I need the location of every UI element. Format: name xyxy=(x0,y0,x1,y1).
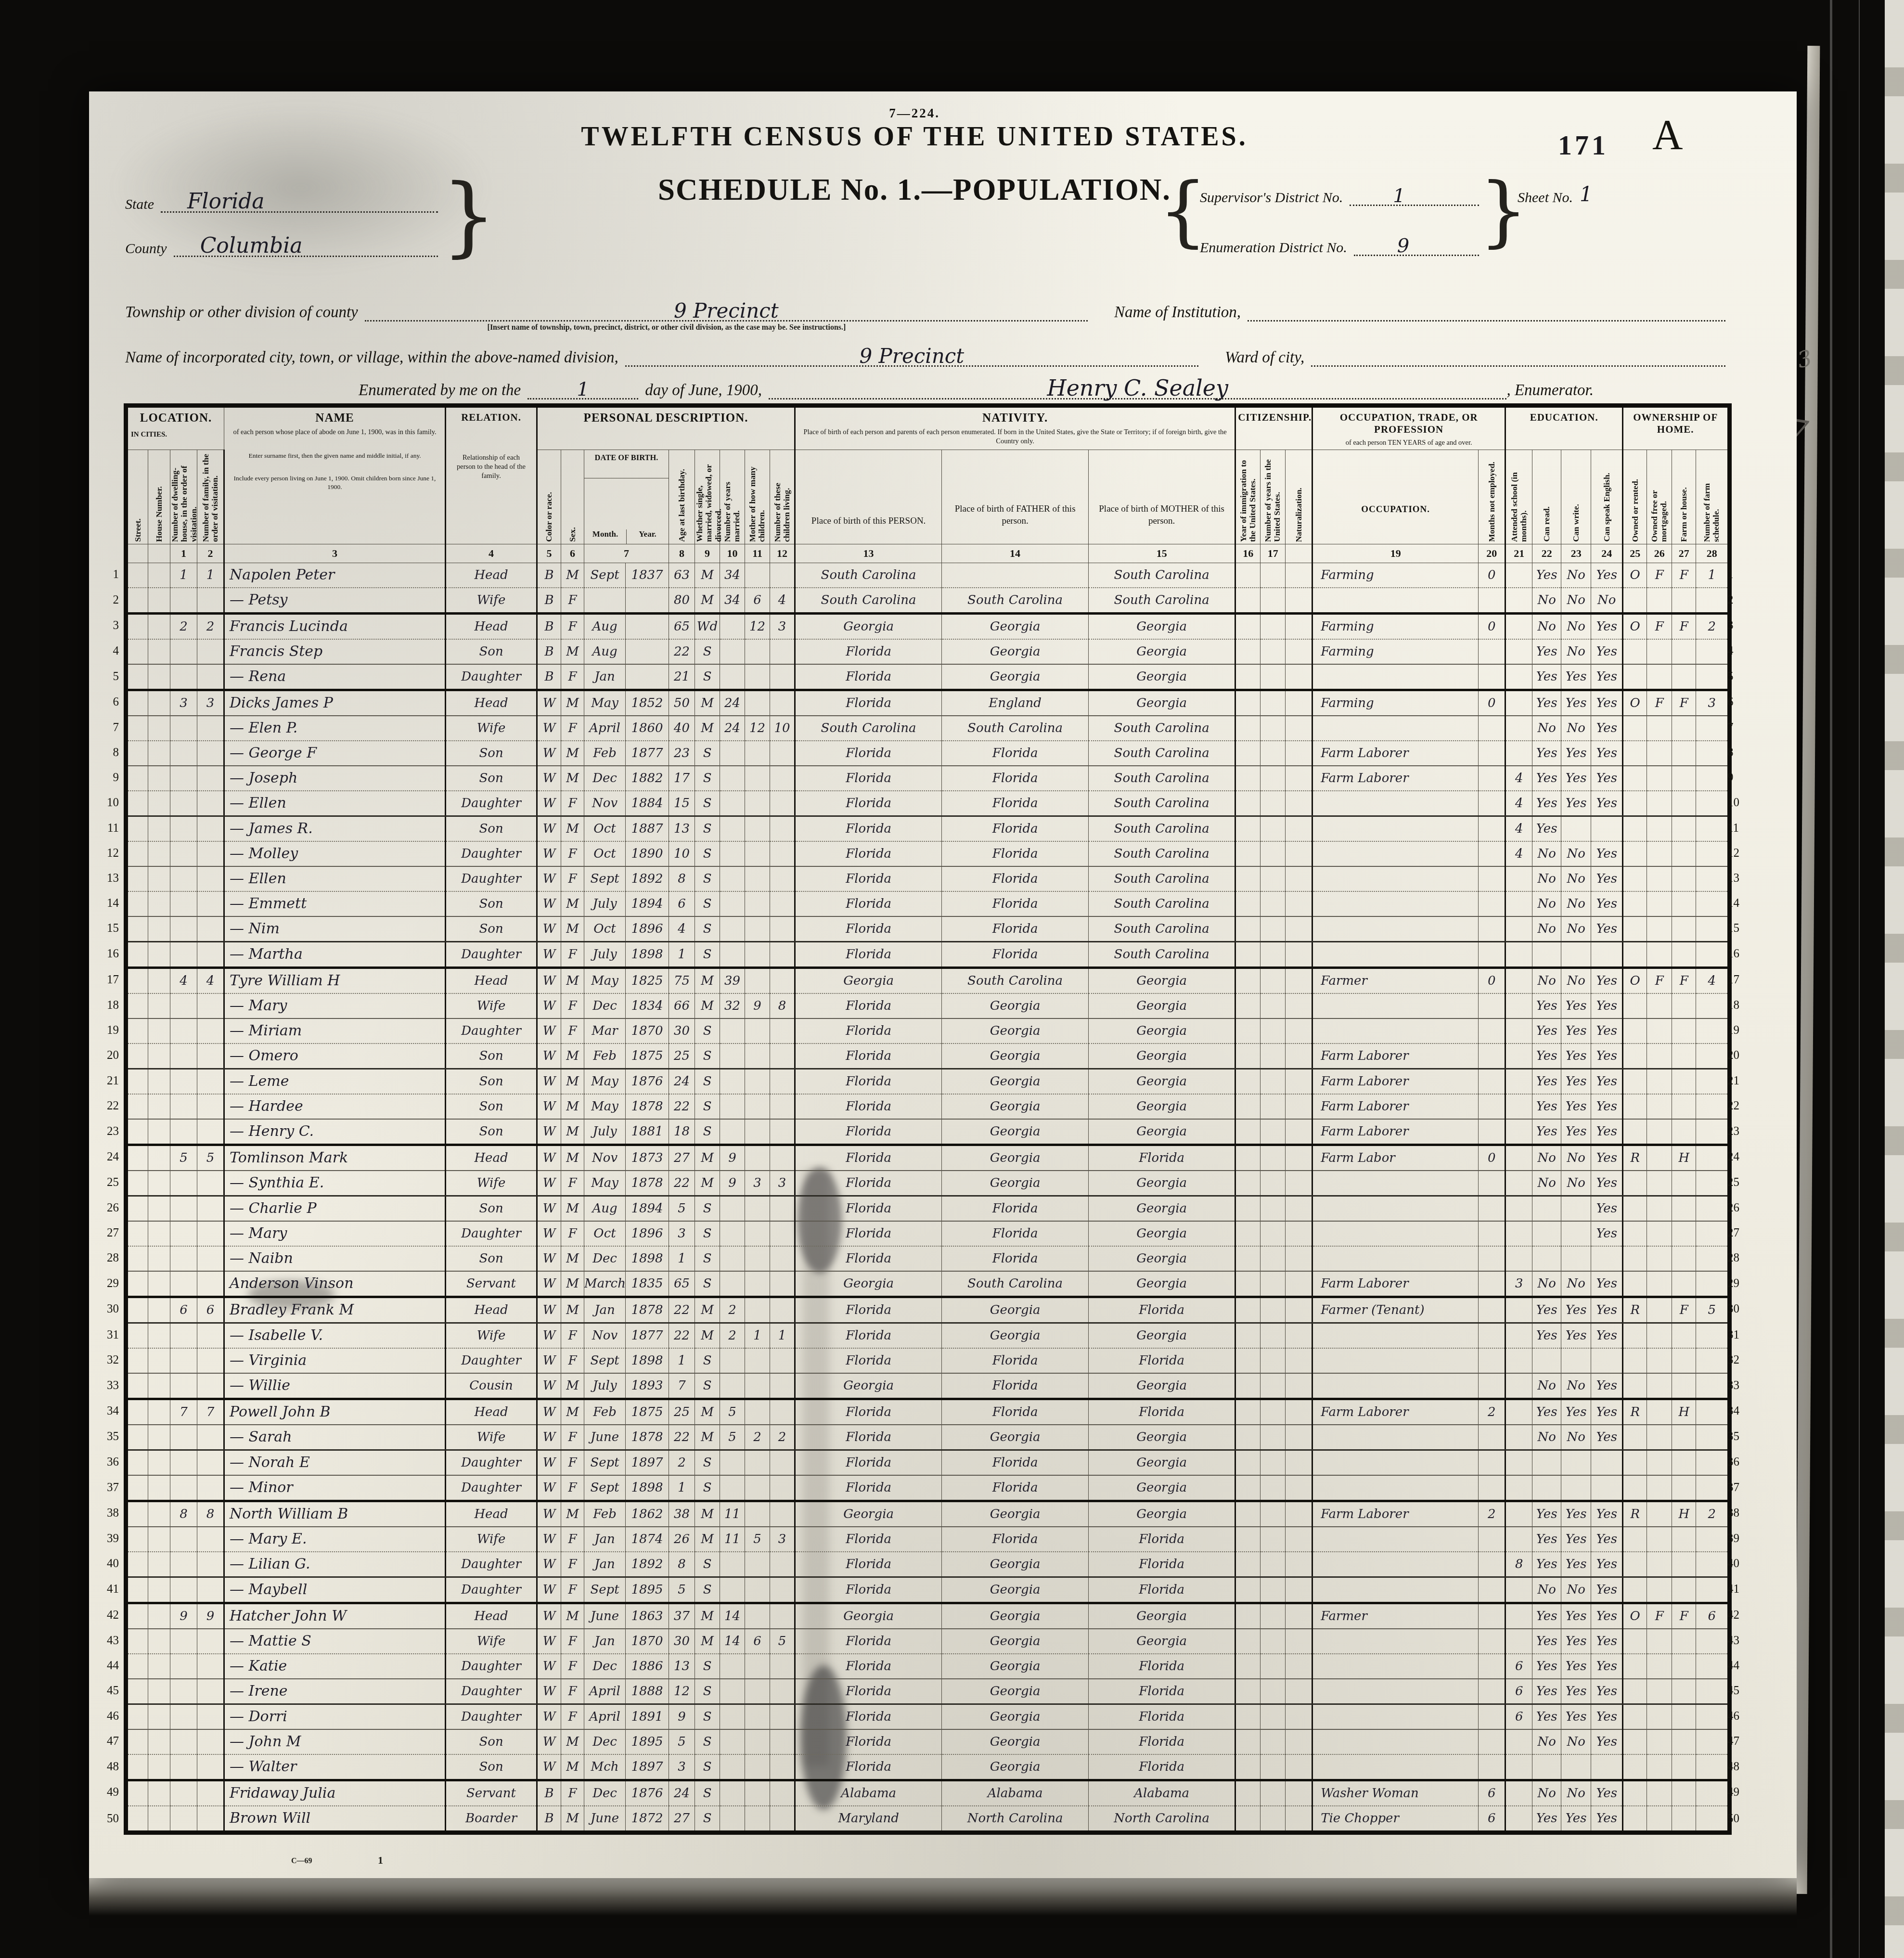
cell-owned_or_rented xyxy=(1623,993,1647,1018)
cell-years_in_us xyxy=(1261,916,1286,942)
cell-can_speak_english: Yes xyxy=(1591,1603,1623,1629)
cell-mother_birthplace: South Carolina xyxy=(1089,841,1235,866)
cell-mother_birthplace: South Carolina xyxy=(1089,891,1235,916)
cell-birth_year: 1874 xyxy=(626,1527,669,1552)
cell-dwelling xyxy=(170,816,197,841)
cell-dwelling: 2 xyxy=(170,613,197,639)
cell-can_read: Yes xyxy=(1532,1679,1561,1704)
cell-naturalization xyxy=(1286,841,1312,866)
cell-mother_birthplace: Georgia xyxy=(1089,1171,1235,1196)
cell-children_living xyxy=(770,791,795,816)
cell-marital_status: M xyxy=(695,1629,720,1654)
cell-birth_year: 1860 xyxy=(626,716,669,741)
cell-street xyxy=(126,1145,148,1171)
cell-naturalization xyxy=(1286,1018,1312,1043)
cell-owned_free_or_mortgaged xyxy=(1647,1425,1672,1450)
cell-occupation xyxy=(1312,1475,1479,1501)
cell-years_married xyxy=(720,1577,745,1603)
column-number: 21 xyxy=(1505,544,1532,563)
cell-dwelling xyxy=(170,1094,197,1119)
cell-occupation: Farm Laborer xyxy=(1312,1043,1479,1069)
line-number: 40 xyxy=(1724,1557,1761,1571)
cell-birthplace: Georgia xyxy=(795,613,942,639)
cell-age: 15 xyxy=(669,791,695,816)
cell-mother_of_children xyxy=(745,1754,770,1780)
cell-mother_of_children xyxy=(745,1654,770,1679)
cell-months_not_employed xyxy=(1479,1043,1505,1069)
cell-dwelling xyxy=(170,1246,197,1271)
cell-name: — Maybell xyxy=(224,1577,446,1603)
cell-birth_year: 1877 xyxy=(626,741,669,766)
cell-months_not_employed xyxy=(1479,1171,1505,1196)
cell-mother_of_children xyxy=(745,1729,770,1754)
line-number: 10 xyxy=(94,796,119,810)
cell-house xyxy=(148,639,170,664)
cell-age: 27 xyxy=(669,1145,695,1171)
line-number: 31 xyxy=(1724,1328,1761,1342)
cell-family xyxy=(197,941,224,967)
cell-children_living xyxy=(770,967,795,993)
cell-months_not_employed xyxy=(1479,741,1505,766)
line-number: 22 xyxy=(94,1099,119,1113)
cell-immigration_year xyxy=(1235,1271,1261,1297)
cell-can_write: Yes xyxy=(1561,1018,1591,1043)
cell-attended_school xyxy=(1505,1119,1532,1145)
cell-dwelling xyxy=(170,1780,197,1806)
line-number: 33 xyxy=(94,1379,119,1392)
cell-months_not_employed: 6 xyxy=(1479,1806,1505,1833)
cell-birthplace: Florida xyxy=(795,841,942,866)
cell-street xyxy=(126,1475,148,1501)
cell-name: Tomlinson Mark xyxy=(224,1145,446,1171)
cell-owned_or_rented xyxy=(1623,841,1647,866)
table-row: — MarthaDaughterWFJuly18981SFloridaFlori… xyxy=(126,941,1730,967)
cell-birthplace: Florida xyxy=(795,1323,942,1348)
header-pob-father: Place of birth of FATHER of this person. xyxy=(942,450,1089,544)
cell-father_birthplace: Florida xyxy=(942,916,1089,942)
cell-color: B xyxy=(537,613,561,639)
cell-years_married xyxy=(720,941,745,967)
cell-naturalization xyxy=(1286,1754,1312,1780)
cell-marital_status: S xyxy=(695,1348,720,1373)
cell-owned_or_rented xyxy=(1623,1425,1647,1450)
city-label: Name of incorporated city, town, or vill… xyxy=(125,349,625,367)
cell-father_birthplace: Florida xyxy=(942,941,1089,967)
line-number: 5 xyxy=(1724,670,1761,683)
column-number: 5 xyxy=(537,544,561,563)
cell-farm_or_house xyxy=(1672,1729,1696,1754)
cell-farm_or_house xyxy=(1672,841,1696,866)
cell-marital_status: M xyxy=(695,1501,720,1527)
cell-dwelling xyxy=(170,1348,197,1373)
sheet-number-label: Sheet No. xyxy=(1518,190,1580,206)
cell-years_in_us xyxy=(1261,1754,1286,1780)
table-row: — IreneDaughterWFApril188812SFloridaGeor… xyxy=(126,1679,1730,1704)
cell-family xyxy=(197,766,224,791)
cell-years_in_us xyxy=(1261,1171,1286,1196)
census-table-body: 11Napolen PeterHeadBMSept183763M34South … xyxy=(126,563,1730,1832)
cell-mother_birthplace: Florida xyxy=(1089,1552,1235,1577)
cell-months_not_employed xyxy=(1479,916,1505,942)
cell-age: 21 xyxy=(669,664,695,690)
cell-birth_year: 1884 xyxy=(626,791,669,816)
cell-can_write xyxy=(1561,1475,1591,1501)
cell-immigration_year xyxy=(1235,1119,1261,1145)
cell-mother_of_children xyxy=(745,816,770,841)
cell-marital_status: S xyxy=(695,664,720,690)
cell-father_birthplace: Georgia xyxy=(942,1069,1089,1094)
cell-street xyxy=(126,1501,148,1527)
cell-sex: M xyxy=(561,816,584,841)
cell-house xyxy=(148,563,170,588)
cell-birthplace: Florida xyxy=(795,1246,942,1271)
enumeration-district-label: Enumeration District No. xyxy=(1200,240,1354,256)
cell-birth_month: Dec xyxy=(584,1654,626,1679)
cell-attended_school xyxy=(1505,1754,1532,1780)
cell-can_write: Yes xyxy=(1561,1552,1591,1577)
cell-sex: M xyxy=(561,1094,584,1119)
cell-name: — Nim xyxy=(224,916,446,942)
cell-sex: M xyxy=(561,1603,584,1629)
column-number: 6 xyxy=(561,544,584,563)
cell-name: — Walter xyxy=(224,1754,446,1780)
cell-name: — Lilian G. xyxy=(224,1552,446,1577)
cell-color: W xyxy=(537,866,561,891)
cell-mother_birthplace: South Carolina xyxy=(1089,866,1235,891)
cell-years_married xyxy=(720,741,745,766)
cell-relation: Wife xyxy=(446,1527,537,1552)
cell-years_in_us xyxy=(1261,741,1286,766)
cell-name: Anderson Vinson xyxy=(224,1271,446,1297)
header-dwelling-number: Number of dwelling-house, in the order o… xyxy=(170,450,197,544)
cell-farm_or_house: F xyxy=(1672,563,1696,588)
cell-naturalization xyxy=(1286,1552,1312,1577)
cell-years_married xyxy=(720,1043,745,1069)
cell-attended_school xyxy=(1505,1171,1532,1196)
cell-age: 12 xyxy=(669,1679,695,1704)
cell-house xyxy=(148,993,170,1018)
cell-can_speak_english: Yes xyxy=(1591,967,1623,993)
cell-owned_or_rented xyxy=(1623,866,1647,891)
cell-dwelling xyxy=(170,1373,197,1399)
cell-farm_or_house xyxy=(1672,816,1696,841)
cell-years_married xyxy=(720,1348,745,1373)
cell-farm_or_house: F xyxy=(1672,690,1696,716)
township-instruction-note: [Insert name of township, town, precinct… xyxy=(426,323,907,332)
cell-father_birthplace: Georgia xyxy=(942,1094,1089,1119)
cell-months_not_employed xyxy=(1479,1629,1505,1654)
cell-can_read: No xyxy=(1532,1145,1561,1171)
cell-name: — Henry C. xyxy=(224,1119,446,1145)
table-row: — Lilian G.DaughterWFJan18928SFloridaGeo… xyxy=(126,1552,1730,1577)
line-number: 38 xyxy=(1724,1507,1761,1520)
cell-can_write: No xyxy=(1561,639,1591,664)
cell-mother_birthplace: Florida xyxy=(1089,1654,1235,1679)
cell-naturalization xyxy=(1286,613,1312,639)
line-number: 25 xyxy=(94,1176,119,1189)
cell-birth_month: July xyxy=(584,1119,626,1145)
line-number: 33 xyxy=(1724,1379,1761,1392)
adjacent-page-sliver xyxy=(1885,0,1904,1958)
cell-marital_status: S xyxy=(695,1094,720,1119)
cell-marital_status: M xyxy=(695,1399,720,1425)
line-number: 39 xyxy=(94,1532,119,1546)
cell-children_living xyxy=(770,741,795,766)
cell-naturalization xyxy=(1286,664,1312,690)
cell-occupation: Farming xyxy=(1312,639,1479,664)
cell-dwelling: 4 xyxy=(170,967,197,993)
cell-dwelling xyxy=(170,791,197,816)
cell-can_write: No xyxy=(1561,1425,1591,1450)
table-row: — WillieCousinWMJuly18937SGeorgiaFlorida… xyxy=(126,1373,1730,1399)
cell-can_speak_english: Yes xyxy=(1591,1043,1623,1069)
cell-birth_year: 1887 xyxy=(626,816,669,841)
cell-owned_or_rented xyxy=(1623,1679,1647,1704)
cell-farm_or_house xyxy=(1672,1577,1696,1603)
cell-children_living xyxy=(770,1754,795,1780)
cell-naturalization xyxy=(1286,1373,1312,1399)
cell-mother_birthplace: Georgia xyxy=(1089,1603,1235,1629)
cell-relation: Daughter xyxy=(446,1348,537,1373)
cell-can_write: Yes xyxy=(1561,1679,1591,1704)
cell-can_speak_english: Yes xyxy=(1591,690,1623,716)
cell-can_write: Yes xyxy=(1561,664,1591,690)
cell-relation: Son xyxy=(446,891,537,916)
cell-age: 1 xyxy=(669,1348,695,1373)
header-house-number: House Number. xyxy=(148,450,170,544)
cell-children_living xyxy=(770,1094,795,1119)
header-ownership-group: OWNERSHIP OF HOME. xyxy=(1623,406,1730,450)
header-can-read: Can read. xyxy=(1532,450,1561,544)
cell-can_write: No xyxy=(1561,1171,1591,1196)
cell-birthplace: Florida xyxy=(795,1043,942,1069)
cell-name: — Synthia E. xyxy=(224,1171,446,1196)
cell-attended_school xyxy=(1505,1577,1532,1603)
cell-relation: Son xyxy=(446,1043,537,1069)
cell-can_write: Yes xyxy=(1561,1119,1591,1145)
cell-marital_status: S xyxy=(695,1654,720,1679)
cell-dwelling xyxy=(170,1754,197,1780)
line-number: 28 xyxy=(94,1251,119,1265)
cell-color: B xyxy=(537,1806,561,1833)
cell-color: W xyxy=(537,766,561,791)
header-birth-month: Month. xyxy=(584,529,626,544)
cell-father_birthplace: Georgia xyxy=(942,1018,1089,1043)
cell-can_speak_english: Yes xyxy=(1591,916,1623,942)
cell-dwelling xyxy=(170,1552,197,1577)
cell-age: 3 xyxy=(669,1221,695,1246)
cell-can_speak_english: Yes xyxy=(1591,1271,1623,1297)
cell-can_speak_english: Yes xyxy=(1591,1806,1623,1833)
cell-street xyxy=(126,563,148,588)
line-number: 24 xyxy=(1724,1150,1761,1164)
cell-years_in_us xyxy=(1261,891,1286,916)
cell-father_birthplace: Georgia xyxy=(942,1119,1089,1145)
line-number: 3 xyxy=(1724,619,1761,632)
cell-marital_status: S xyxy=(695,1018,720,1043)
cell-can_speak_english: Yes xyxy=(1591,791,1623,816)
cell-can_write xyxy=(1561,1196,1591,1221)
cell-can_write xyxy=(1561,1348,1591,1373)
cell-age: 30 xyxy=(669,1018,695,1043)
cell-dwelling xyxy=(170,664,197,690)
cell-marital_status: S xyxy=(695,1552,720,1577)
cell-occupation xyxy=(1312,1373,1479,1399)
cell-children_living: 2 xyxy=(770,1425,795,1450)
cell-birthplace: Florida xyxy=(795,1094,942,1119)
cell-age: 1 xyxy=(669,1246,695,1271)
column-number: 15 xyxy=(1089,544,1235,563)
cell-color: W xyxy=(537,1603,561,1629)
cell-occupation xyxy=(1312,1246,1479,1271)
line-number: 36 xyxy=(94,1456,119,1469)
cell-name: — Minor xyxy=(224,1475,446,1501)
cell-can_speak_english: Yes xyxy=(1591,1069,1623,1094)
cell-years_in_us xyxy=(1261,1323,1286,1348)
cell-sex: M xyxy=(561,1043,584,1069)
cell-years_married xyxy=(720,766,745,791)
cell-can_speak_english: Yes xyxy=(1591,716,1623,741)
cell-naturalization xyxy=(1286,563,1312,588)
cell-house xyxy=(148,1501,170,1527)
census-sheet: 7—224. TWELFTH CENSUS OF THE UNITED STAT… xyxy=(89,91,1797,1878)
enumerated-day: 1 xyxy=(527,381,638,399)
cell-years_married: 5 xyxy=(720,1399,745,1425)
cell-father_birthplace: North Carolina xyxy=(942,1806,1089,1833)
cell-sex: M xyxy=(561,916,584,942)
cell-relation: Daughter xyxy=(446,941,537,967)
cell-attended_school xyxy=(1505,1450,1532,1475)
cell-marital_status: S xyxy=(695,1450,720,1475)
cell-mother_of_children xyxy=(745,1603,770,1629)
cell-occupation xyxy=(1312,1323,1479,1348)
cell-family xyxy=(197,1271,224,1297)
cell-can_speak_english: Yes xyxy=(1591,1654,1623,1679)
cell-street xyxy=(126,1806,148,1833)
table-row: — RenaDaughterBFJan21SFloridaGeorgiaGeor… xyxy=(126,664,1730,690)
cell-attended_school xyxy=(1505,1629,1532,1654)
cell-birth_month: May xyxy=(584,690,626,716)
cell-years_married xyxy=(720,1754,745,1780)
cell-house xyxy=(148,1679,170,1704)
cell-owned_free_or_mortgaged xyxy=(1647,741,1672,766)
cell-owned_or_rented xyxy=(1623,1069,1647,1094)
cell-immigration_year xyxy=(1235,1171,1261,1196)
cell-naturalization xyxy=(1286,866,1312,891)
cell-can_write: Yes xyxy=(1561,791,1591,816)
line-number: 50 xyxy=(1724,1812,1761,1826)
cell-birth_year: 1863 xyxy=(626,1603,669,1629)
cell-relation: Daughter xyxy=(446,791,537,816)
cell-age: 17 xyxy=(669,766,695,791)
cell-occupation xyxy=(1312,816,1479,841)
table-row: — NimSonWMOct18964SFloridaFloridaSouth C… xyxy=(126,916,1730,942)
cell-children_living: 4 xyxy=(770,588,795,614)
line-number: 22 xyxy=(1724,1099,1761,1113)
cell-house xyxy=(148,766,170,791)
cell-attended_school xyxy=(1505,891,1532,916)
cell-mother_of_children xyxy=(745,1221,770,1246)
cell-house xyxy=(148,1018,170,1043)
cell-can_speak_english: Yes xyxy=(1591,1323,1623,1348)
cell-years_in_us xyxy=(1261,1221,1286,1246)
cell-mother_birthplace: Georgia xyxy=(1089,1018,1235,1043)
cell-birth_month: Sept xyxy=(584,1348,626,1373)
cell-father_birthplace: Georgia xyxy=(942,1654,1089,1679)
cell-owned_or_rented xyxy=(1623,664,1647,690)
cell-family xyxy=(197,1018,224,1043)
cell-can_speak_english: Yes xyxy=(1591,664,1623,690)
line-number: 18 xyxy=(94,999,119,1012)
cell-sex: F xyxy=(561,1780,584,1806)
cell-naturalization xyxy=(1286,891,1312,916)
cell-can_write: Yes xyxy=(1561,1603,1591,1629)
cell-months_not_employed xyxy=(1479,588,1505,614)
cell-birthplace: Florida xyxy=(795,1475,942,1501)
cell-sex: M xyxy=(561,1501,584,1527)
cell-birth_month: May xyxy=(584,1171,626,1196)
cell-father_birthplace: Florida xyxy=(942,1221,1089,1246)
cell-birth_year: 1895 xyxy=(626,1577,669,1603)
cell-father_birthplace: Georgia xyxy=(942,1552,1089,1577)
cell-occupation: Farm Laborer xyxy=(1312,1069,1479,1094)
cell-house xyxy=(148,967,170,993)
cell-name: — Dorri xyxy=(224,1704,446,1729)
cell-children_living xyxy=(770,1806,795,1833)
cell-owned_or_rented xyxy=(1623,1018,1647,1043)
cell-color: B xyxy=(537,639,561,664)
cell-birthplace: Florida xyxy=(795,1704,942,1729)
cell-relation: Head xyxy=(446,1603,537,1629)
line-number: 20 xyxy=(94,1049,119,1062)
cell-years_in_us xyxy=(1261,841,1286,866)
cell-birth_year: 1898 xyxy=(626,1246,669,1271)
cell-house xyxy=(148,1373,170,1399)
cell-birth_month: April xyxy=(584,1704,626,1729)
cell-birth_month: July xyxy=(584,941,626,967)
line-number: 7 xyxy=(94,721,119,734)
cell-birthplace: Florida xyxy=(795,741,942,766)
cell-months_not_employed xyxy=(1479,891,1505,916)
cell-can_read: Yes xyxy=(1532,639,1561,664)
cell-naturalization xyxy=(1286,1094,1312,1119)
cell-marital_status: M xyxy=(695,993,720,1018)
state-field: State Florida xyxy=(125,186,438,213)
column-number xyxy=(1286,544,1312,563)
cell-immigration_year xyxy=(1235,1577,1261,1603)
cell-father_birthplace: Florida xyxy=(942,1450,1089,1475)
cell-mother_of_children xyxy=(745,1475,770,1501)
cell-house xyxy=(148,866,170,891)
cell-farm_or_house xyxy=(1672,1780,1696,1806)
township-value: 9 Precinct xyxy=(365,302,1088,322)
cell-immigration_year xyxy=(1235,690,1261,716)
cell-father_birthplace: Florida xyxy=(942,891,1089,916)
cell-can_speak_english: Yes xyxy=(1591,1577,1623,1603)
cell-naturalization xyxy=(1286,1171,1312,1196)
cell-children_living xyxy=(770,1577,795,1603)
cell-dwelling xyxy=(170,1221,197,1246)
cell-farm_or_house xyxy=(1672,766,1696,791)
cell-owned_or_rented xyxy=(1623,1577,1647,1603)
cell-months_not_employed xyxy=(1479,1297,1505,1323)
line-number: 43 xyxy=(1724,1634,1761,1648)
cell-color: W xyxy=(537,1577,561,1603)
cell-dwelling xyxy=(170,1271,197,1297)
cell-owned_free_or_mortgaged xyxy=(1647,1552,1672,1577)
cell-can_read xyxy=(1532,1196,1561,1221)
cell-attended_school xyxy=(1505,1348,1532,1373)
